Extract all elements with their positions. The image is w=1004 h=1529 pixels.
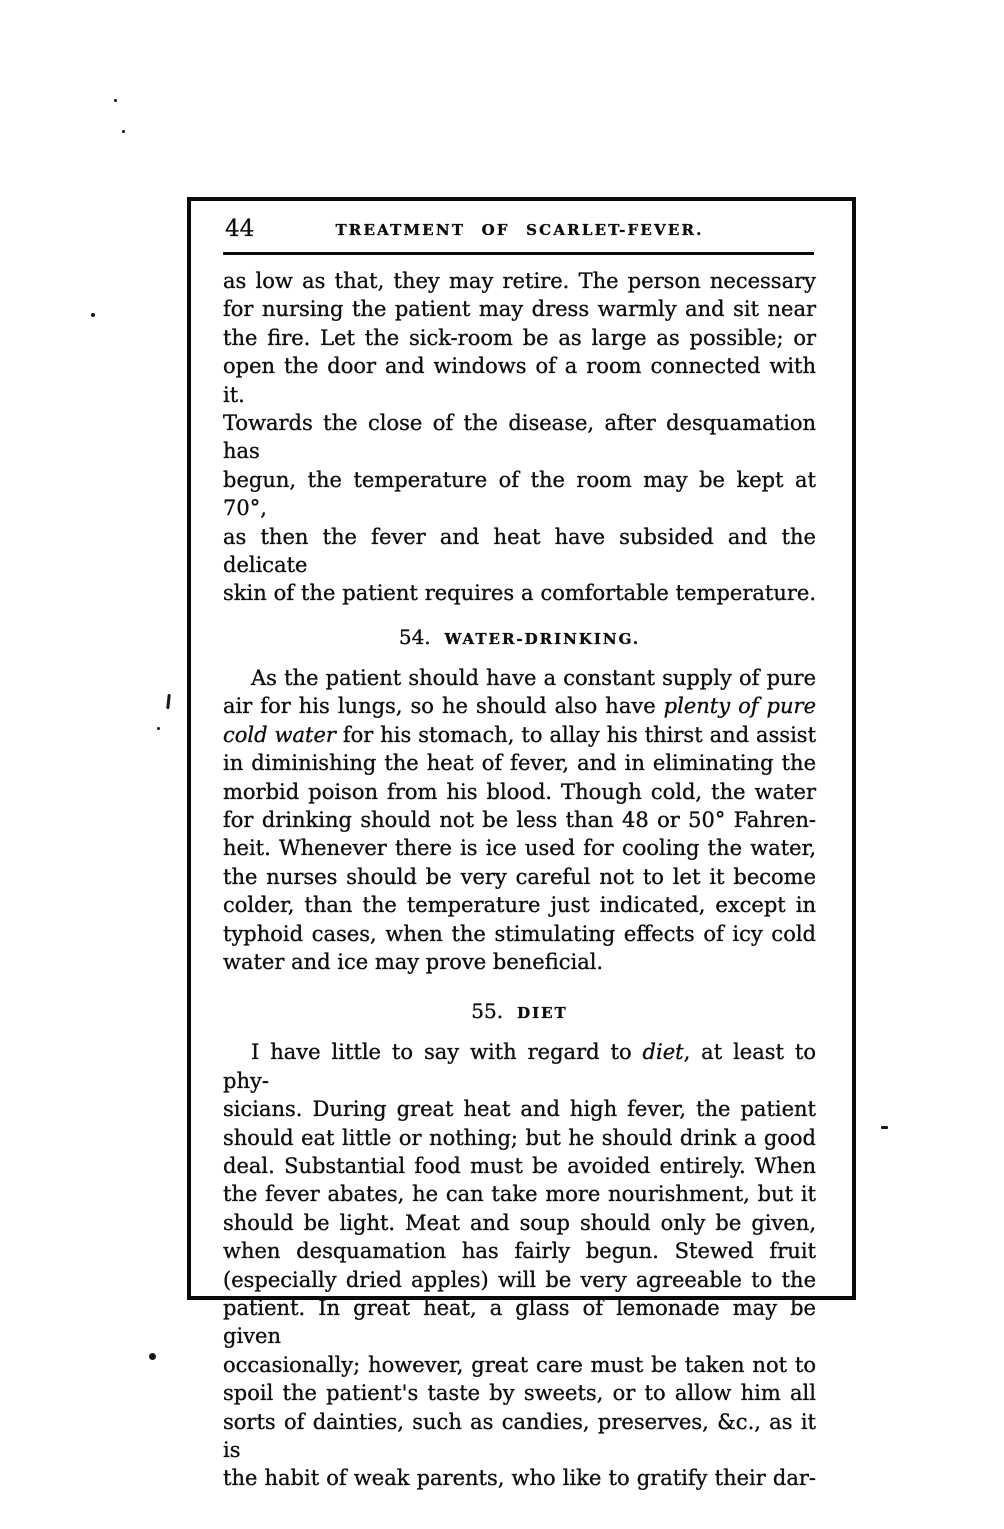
text-line: should be light. Meat and soup should on… [223,1209,816,1237]
section-number: 55. [471,999,503,1023]
page-border-frame: 44 TREATMENT OF SCARLET-FEVER. as low as… [187,197,856,1300]
text-line: colder, than the temperature just indica… [223,891,816,919]
text-line: air for his lungs, so he should also hav… [223,692,816,720]
text-line: I have little to say with regard to diet… [223,1038,816,1095]
text-line: sorts of dainties, such as candies, pres… [223,1408,816,1465]
text-line: when desquamation has fairly begun. Stew… [223,1237,816,1265]
text-line: typhoid cases, when the stimulating effe… [223,920,816,948]
text-line: occasionally; however, great care must b… [223,1351,816,1379]
text-line: in diminishing the heat of fever, and in… [223,749,816,777]
text-line: heit. Whenever there is ice used for coo… [223,834,816,862]
section-number: 54. [399,625,431,649]
running-title: TREATMENT OF SCARLET-FEVER. [335,221,703,239]
text-line: water and ice may prove beneficial. [223,948,816,976]
text-line: the nurses should be very careful not to… [223,863,816,891]
text-line: sicians. During great heat and high feve… [223,1095,816,1123]
scan-speck [114,99,117,102]
text-line: Towards the close of the disease, after … [223,409,816,466]
text-line: the habit of weak parents, who like to g… [223,1464,816,1492]
page-header: 44 TREATMENT OF SCARLET-FEVER. [223,216,816,246]
paragraph-water-drinking: As the patient should have a constant su… [223,664,816,976]
text-line: for drinking should not be less than 48 … [223,806,816,834]
text-line: open the door and windows of a room conn… [223,352,816,409]
text-line: cold water for his stomach, to allay his… [223,721,816,749]
text-line: for nursing the patient may dress warmly… [223,295,816,323]
scan-speck [157,727,160,730]
text-line: As the patient should have a constant su… [223,664,816,692]
text-line: spoil the patient's taste by sweets, or … [223,1379,816,1407]
text-line: as then the fever and heat have subsided… [223,523,816,580]
text-line: should eat little or nothing; but he sho… [223,1124,816,1152]
scan-speck [149,1353,156,1360]
paragraph-diet: I have little to say with regard to diet… [223,1038,816,1493]
scan-dash [881,1126,888,1129]
paragraph-room-temperature: as low as that, they may retire. The per… [223,267,816,608]
page-number: 44 [225,216,254,242]
text-line: deal. Substantial food must be avoided e… [223,1152,816,1180]
scan-speck [122,130,125,133]
text-line: skin of the patient requires a comfortab… [223,579,816,607]
text-line: the fever abates, he can take more nouri… [223,1180,816,1208]
text-line: the fire. Let the sick-room be as large … [223,324,816,352]
text-line: begun, the temperature of the room may b… [223,466,816,523]
text-line: patient. In great heat, a glass of lemon… [223,1294,816,1351]
section-title: WATER-DRINKING. [445,630,640,648]
text-line: morbid poison from his blood. Though col… [223,778,816,806]
section-heading-54: 54.WATER-DRINKING. [223,624,816,652]
section-title: DIET [517,1004,568,1022]
scanned-book-page: 44 TREATMENT OF SCARLET-FEVER. as low as… [0,0,1004,1529]
scan-tick [166,694,171,709]
scan-speck [91,313,95,317]
text-line: (especially dried apples) will be very a… [223,1266,816,1294]
header-rule [223,252,814,255]
text-line: as low as that, they may retire. The per… [223,267,816,295]
section-heading-55: 55.DIET [223,998,816,1026]
page-content: 44 TREATMENT OF SCARLET-FEVER. as low as… [191,201,852,1493]
